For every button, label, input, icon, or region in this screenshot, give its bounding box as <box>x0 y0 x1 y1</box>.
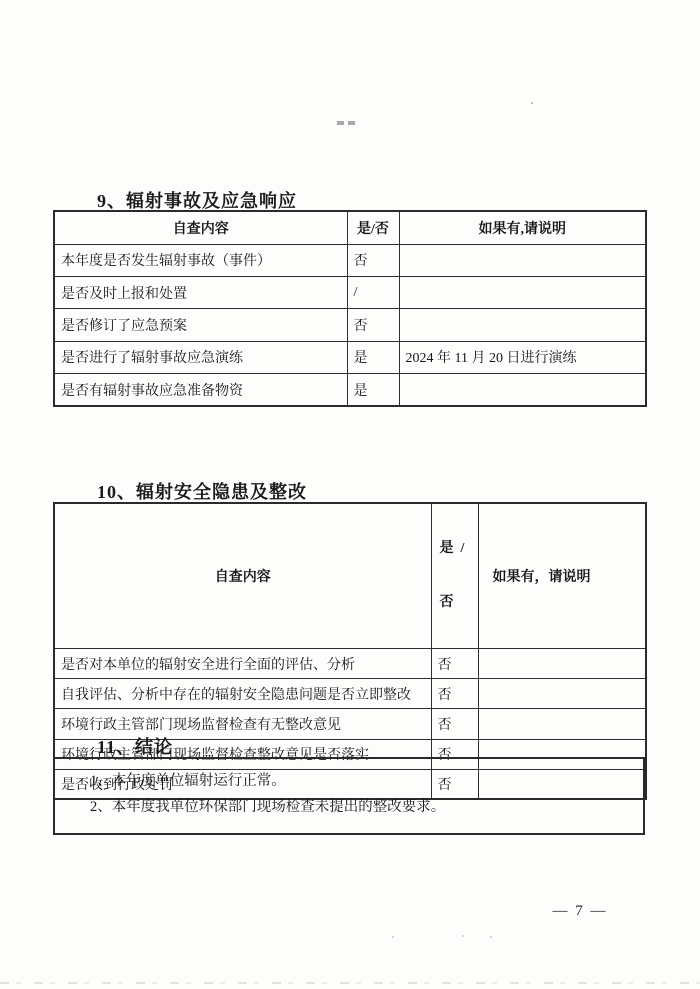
table-row: 是否有辐射事故应急准备物资 是 <box>54 374 646 406</box>
row-content: 是否对本单位的辐射安全进行全面的评估、分析 <box>54 649 431 679</box>
row-content: 自我评估、分析中存在的辐射安全隐患问题是否立即整改 <box>54 679 431 709</box>
col-header-content: 自查内容 <box>54 503 431 649</box>
col-header-content: 自查内容 <box>54 211 347 244</box>
scan-artifact-noise-line <box>0 982 700 984</box>
table-row: 是否及时上报和处置 / <box>54 276 646 308</box>
row-answer: 是 <box>347 341 399 373</box>
scan-artifact-speck <box>531 102 533 104</box>
scan-artifact-speck <box>392 936 394 938</box>
table-header-row: 自查内容 是/否 如果有,请说明 <box>54 211 646 244</box>
row-note <box>478 679 646 709</box>
conclusion-line-2: 2、本年度我单位环保部门现场检查未提出的整改要求。 <box>90 794 643 820</box>
row-content: 是否及时上报和处置 <box>54 276 347 308</box>
col-header-yesno-line2: 否 <box>440 594 472 612</box>
table-row: 是否进行了辐射事故应急演练 是 2024 年 11 月 20 日进行演练 <box>54 341 646 373</box>
row-note <box>399 276 646 308</box>
row-answer: 否 <box>431 679 478 709</box>
table-row: 是否修订了应急预案 否 <box>54 309 646 341</box>
section-10-title: 10、辐射安全隐患及整改 <box>97 478 307 504</box>
col-header-note: 如果有，请说明 <box>478 503 646 649</box>
page-number: — 7 — <box>540 903 620 920</box>
row-answer: 否 <box>431 649 478 679</box>
row-note <box>399 374 646 406</box>
col-header-yesno: 是 / 否 <box>431 503 478 649</box>
row-content: 本年度是否发生辐射事故（事件） <box>54 244 347 276</box>
table-row: 自我评估、分析中存在的辐射安全隐患问题是否立即整改 否 <box>54 679 646 709</box>
row-answer: 是 <box>347 374 399 406</box>
row-note <box>399 309 646 341</box>
row-content: 是否有辐射事故应急准备物资 <box>54 374 347 406</box>
row-answer: 否 <box>431 709 478 739</box>
row-answer: / <box>347 276 399 308</box>
col-header-note: 如果有,请说明 <box>399 211 646 244</box>
row-note <box>478 649 646 679</box>
row-content: 是否修订了应急预案 <box>54 309 347 341</box>
row-content: 是否进行了辐射事故应急演练 <box>54 341 347 373</box>
table-row: 本年度是否发生辐射事故（事件） 否 <box>54 244 646 276</box>
table-row: 是否对本单位的辐射安全进行全面的评估、分析 否 <box>54 649 646 679</box>
row-note: 2024 年 11 月 20 日进行演练 <box>399 341 646 373</box>
row-note <box>478 709 646 739</box>
scan-artifact-smudge <box>337 121 357 125</box>
table-header-row: 自查内容 是 / 否 如果有，请说明 <box>54 503 646 649</box>
section-11-title: 11、结论 <box>97 733 173 759</box>
scan-artifact-speck <box>490 936 492 938</box>
col-header-yesno: 是/否 <box>347 211 399 244</box>
section-9-table: 自查内容 是/否 如果有,请说明 本年度是否发生辐射事故（事件） 否 是否及时上… <box>53 210 647 407</box>
scan-artifact-speck <box>462 935 464 937</box>
conclusion-line-1: 1、本年度单位辐射运行正常。 <box>90 768 643 794</box>
row-note <box>399 244 646 276</box>
col-header-yesno-line1: 是 / <box>440 540 472 558</box>
conclusion-box: 1、本年度单位辐射运行正常。 2、本年度我单位环保部门现场检查未提出的整改要求。 <box>53 757 645 835</box>
row-answer: 否 <box>347 244 399 276</box>
row-answer: 否 <box>347 309 399 341</box>
scanned-document-page: 9、辐射事故及应急响应 自查内容 是/否 如果有,请说明 本年度是否发生辐射事故… <box>0 0 700 989</box>
